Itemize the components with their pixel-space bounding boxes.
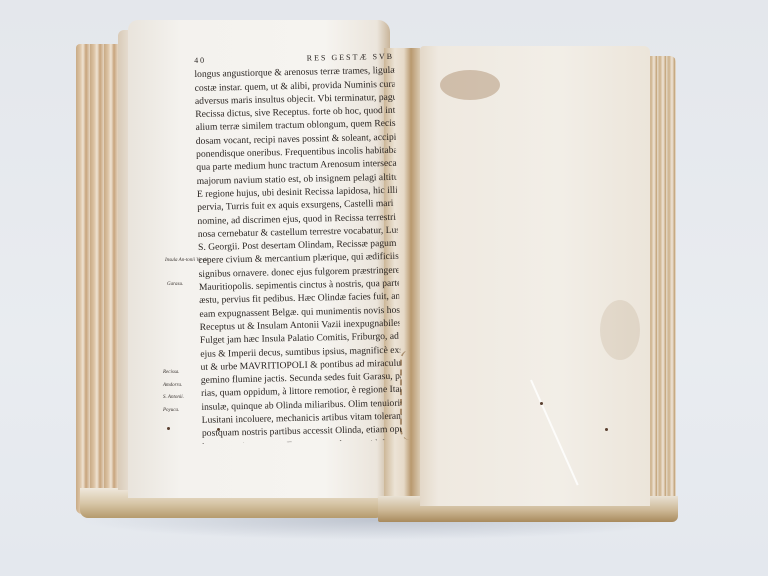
- margin-note: Poyuca.: [163, 408, 179, 413]
- right-page: [420, 46, 650, 506]
- foxing-spot: [167, 427, 170, 430]
- margin-note: Amdorra.: [163, 383, 182, 388]
- page-number: 40: [194, 54, 206, 68]
- margin-note: Garasu.: [167, 282, 183, 287]
- margin-note: Recissa.: [163, 370, 180, 375]
- margin-note: S. Antonii.: [163, 395, 184, 400]
- header-title: RES GESTÆ SVB: [307, 50, 395, 65]
- left-page-text: 40 RES GESTÆ SVB longus angustiorque & a…: [194, 50, 402, 444]
- paper-stain: [440, 70, 500, 100]
- paper-stain: [600, 300, 640, 360]
- text-lines: longus angustiorque & arenosus terræ tra…: [194, 64, 402, 444]
- right-page-edges: [648, 56, 676, 516]
- foxing-spot: [605, 428, 608, 431]
- foxing-spot: [540, 402, 543, 405]
- worm-damage: [400, 350, 428, 440]
- open-book: Insula An-tonii Va-zii. Garasu. Recissa.…: [0, 0, 768, 576]
